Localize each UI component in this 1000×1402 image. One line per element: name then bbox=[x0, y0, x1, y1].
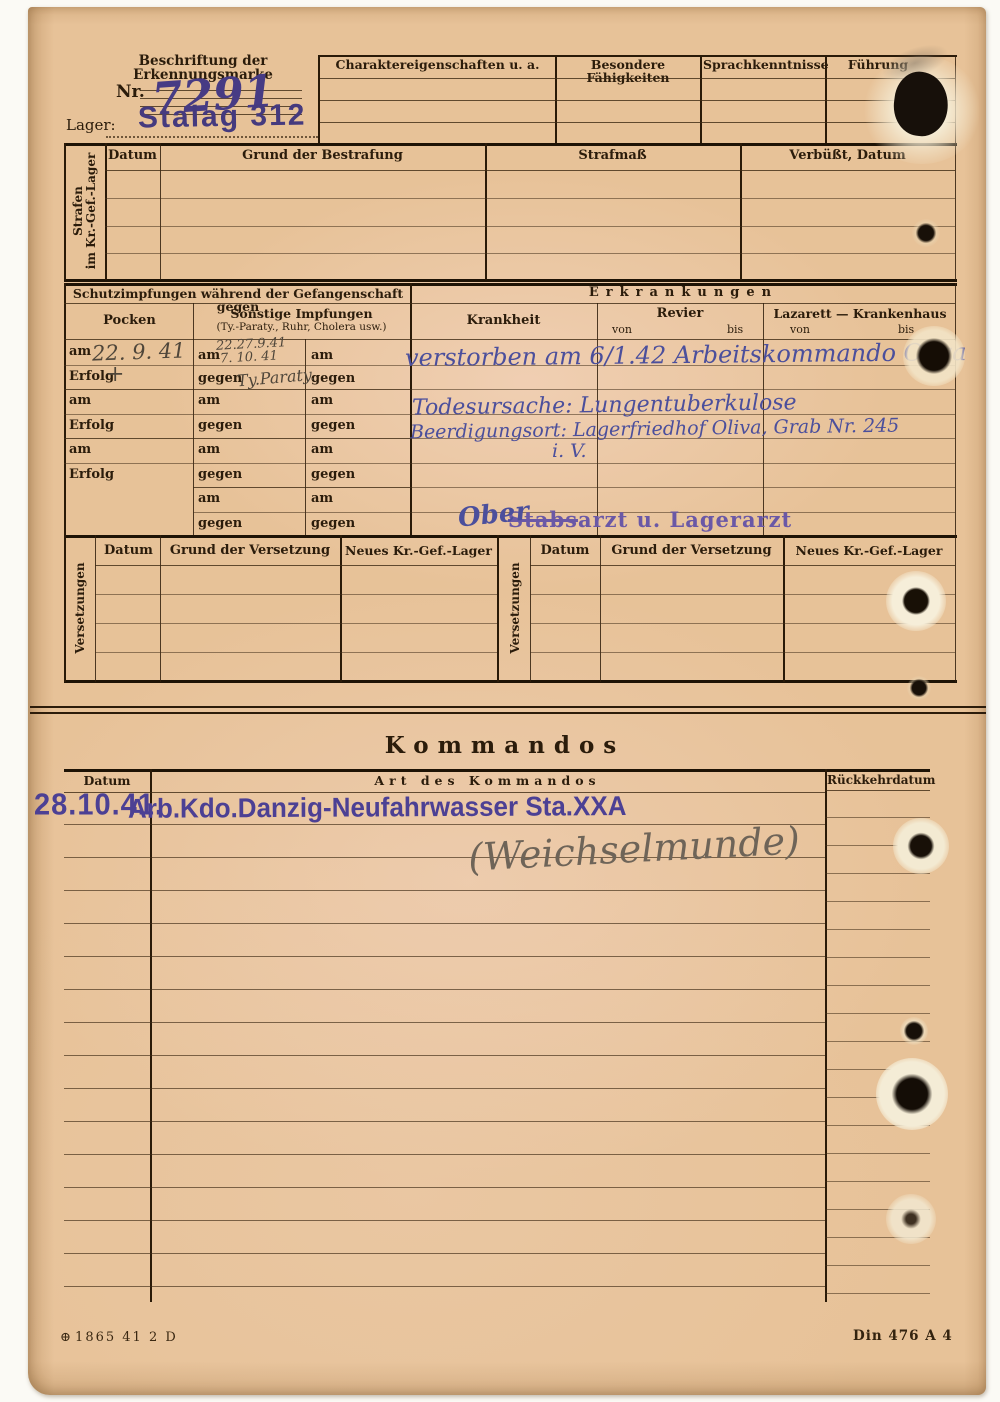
rule-line bbox=[530, 623, 955, 624]
impf-col-sonstige: Sonstige Impfungen bbox=[195, 307, 408, 320]
damaged-spot bbox=[886, 1194, 936, 1244]
field-label-gegen: gegen bbox=[311, 468, 355, 482]
field-label-am: am bbox=[69, 443, 91, 457]
nr-label: Nr. bbox=[116, 84, 145, 102]
field-label-am: am bbox=[69, 345, 91, 359]
column-divider bbox=[160, 535, 161, 682]
field-label-gegen: gegen bbox=[311, 517, 355, 531]
rule-line bbox=[410, 463, 955, 464]
scanned-pow-record-card: Beschriftung der Erkennungsmarke Nr. 729… bbox=[0, 0, 1000, 1402]
col-header-sprachen: Sprachkenntnisse bbox=[703, 58, 823, 71]
stamp-rest-part: arzt u. Lagerarzt bbox=[578, 507, 792, 532]
versetzungen-col-grund: Grund der Versetzung bbox=[602, 544, 781, 558]
rule-line bbox=[320, 100, 955, 101]
field-label-erfolg: Erfolg bbox=[69, 468, 114, 482]
strafen-col-grund: Grund der Bestrafung bbox=[162, 149, 483, 163]
column-divider bbox=[600, 535, 601, 682]
pocken-erfolg-handwritten: + bbox=[106, 362, 124, 387]
field-label-am: am bbox=[198, 394, 220, 408]
versetzungen-col-datum: Datum bbox=[97, 544, 160, 558]
fold-line bbox=[30, 706, 986, 708]
side-label-line2: im Kr.-Gef.-Lager bbox=[84, 153, 98, 270]
column-divider bbox=[160, 143, 161, 280]
column-divider bbox=[555, 55, 557, 143]
small-hole bbox=[912, 219, 940, 247]
din-code: Din 476 A 4 bbox=[853, 1328, 953, 1344]
field-label-am: am bbox=[69, 394, 91, 408]
column-divider bbox=[700, 55, 702, 143]
section-border bbox=[64, 279, 957, 282]
field-label-gegen: gegen bbox=[198, 468, 242, 482]
label-von: von bbox=[790, 324, 810, 336]
rule-line bbox=[95, 565, 497, 566]
column-divider bbox=[740, 143, 742, 280]
field-label-gegen: gegen bbox=[198, 517, 242, 531]
section-border bbox=[64, 143, 957, 146]
print-code: ⊕ 1865 41 2 D bbox=[60, 1330, 178, 1345]
versetzungen-col-datum: Datum bbox=[532, 544, 598, 558]
erkrankungen-header: Erkrankungen bbox=[412, 286, 955, 300]
col-header-charakter: Charaktereigenschaften u. a. bbox=[325, 58, 550, 71]
rule-line bbox=[64, 303, 410, 304]
punch-hole bbox=[886, 571, 946, 631]
kommando-entry-stamp: Arb.Kdo.Danzig-Neufahrwasser Sta.XXA bbox=[128, 790, 627, 825]
field-label-am: am bbox=[198, 492, 220, 506]
field-label-gegen: gegen bbox=[198, 372, 242, 386]
col-header-lazarett: Lazarett — Krankenhaus bbox=[765, 307, 955, 320]
kommandos-title: Kommandos bbox=[255, 734, 755, 758]
field-label-gegen: gegen bbox=[311, 419, 355, 433]
rule-line bbox=[410, 389, 955, 390]
print-code-text: 1865 41 2 D bbox=[75, 1330, 178, 1345]
hole bbox=[893, 818, 949, 874]
table-border bbox=[318, 55, 320, 143]
col-header-faehigkeiten: Besondere Fähigkeiten bbox=[558, 58, 698, 84]
rule-line bbox=[105, 170, 955, 171]
sonstige-date-handwritten-2: 7. 10. 41 bbox=[220, 348, 279, 366]
rule-line bbox=[105, 198, 955, 199]
rule-line bbox=[95, 594, 497, 595]
lager-label: Lager: bbox=[66, 118, 116, 134]
field-label-am: am bbox=[311, 349, 333, 363]
camp-stamp: Stalag 312 bbox=[138, 99, 307, 136]
label-von: von bbox=[612, 324, 632, 336]
death-note-handwritten: verstorben am 6/1.42 Arbeitskommando Oli… bbox=[405, 338, 967, 372]
section-border bbox=[64, 535, 957, 538]
column-divider bbox=[193, 303, 194, 535]
table-border bbox=[955, 283, 956, 535]
rule-line bbox=[64, 438, 410, 439]
versetzungen-side-label: Versetzungen bbox=[50, 543, 110, 673]
field-label-gegen: gegen bbox=[311, 372, 355, 386]
strafen-col-datum: Datum bbox=[105, 149, 160, 163]
section-border bbox=[64, 680, 957, 683]
rule-line bbox=[105, 253, 955, 254]
impf-col-sonstige-sub: (Ty.-Paraty., Ruhr, Cholera usw.) bbox=[195, 322, 408, 333]
rule-line bbox=[95, 652, 497, 653]
rule-line bbox=[105, 226, 955, 227]
dotted-line bbox=[106, 136, 318, 138]
doctor-stamp: Stabsarzt u. Lagerarzt bbox=[508, 507, 792, 532]
label-bis: bis bbox=[727, 324, 743, 336]
field-label-am: am bbox=[198, 443, 220, 457]
section-border bbox=[64, 769, 930, 772]
rule-line bbox=[320, 122, 955, 123]
column-divider bbox=[485, 143, 487, 280]
versetzungen-side-label: Versetzungen bbox=[485, 543, 545, 673]
hole bbox=[903, 326, 965, 386]
large-hole bbox=[876, 1058, 948, 1130]
versetzungen-col-grund: Grund der Versetzung bbox=[162, 544, 338, 558]
table-border bbox=[955, 143, 956, 280]
strafen-col-strafmass: Strafmaß bbox=[487, 149, 738, 163]
rule-line bbox=[64, 463, 410, 464]
table-border bbox=[955, 535, 956, 682]
printer-mark-icon: ⊕ bbox=[60, 1330, 71, 1345]
small-hole bbox=[900, 1017, 928, 1045]
rule-line bbox=[410, 303, 955, 304]
rule-line bbox=[410, 487, 955, 488]
field-label-gegen: gegen bbox=[198, 419, 242, 433]
field-label-am: am bbox=[311, 492, 333, 506]
rule-line bbox=[530, 565, 955, 566]
fold-line bbox=[30, 712, 986, 714]
col-header-krankheit: Krankheit bbox=[412, 314, 595, 328]
rule-line bbox=[64, 414, 410, 415]
col-header-revier: Revier bbox=[599, 307, 761, 321]
kommandos-col-datum: Datum bbox=[64, 774, 150, 787]
versetzungen-col-neues: Neues Kr.-Gef.-Lager bbox=[342, 544, 495, 557]
kommandos-col-art: Art des Kommandos bbox=[152, 774, 823, 787]
rule-line bbox=[95, 623, 497, 624]
rule-line bbox=[320, 78, 955, 79]
field-label-am: am bbox=[311, 443, 333, 457]
field-label-am: am bbox=[311, 394, 333, 408]
rule-line bbox=[193, 512, 410, 513]
iv-handwritten: i. V. bbox=[552, 440, 587, 462]
field-label-erfolg: Erfolg bbox=[69, 419, 114, 433]
impf-col-pocken: Pocken bbox=[66, 314, 193, 328]
kommandos-col-rueckkehr: Rückkehrdatum bbox=[827, 774, 928, 787]
rule-line bbox=[193, 487, 410, 488]
small-hole bbox=[907, 676, 931, 700]
rule-line bbox=[530, 652, 955, 653]
strafen-side-label: Strafen im Kr.-Gef.-Lager bbox=[55, 146, 115, 276]
versetzungen-col-neues: Neues Kr.-Gef.-Lager bbox=[785, 544, 953, 557]
